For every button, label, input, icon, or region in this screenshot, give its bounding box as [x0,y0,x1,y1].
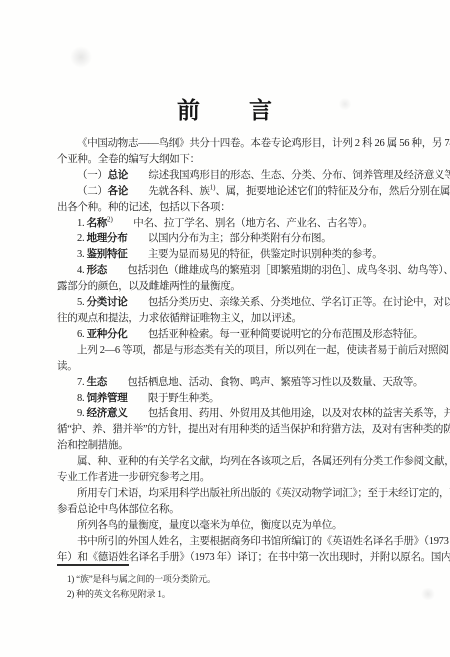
body-text-line: 2. 地理分布 以国内分布为主；部分种类附有分布图。 [57,231,397,247]
body-text-line: 8. 饲养管理 限于野生种类。 [57,391,397,407]
footnote-line: 2) 种的英文名称见附录 1。 [57,587,397,602]
body-text-line: 个亚种。全卷的编写大纲如下： [57,152,397,168]
body-text-line: （二）各论 先就各科、族1)、属，扼要地论述它们的特征及分布，然后分别在属下列 [57,184,397,200]
scanned-preface-page: 前 言 《中国动物志——鸟纲》共分十四卷。本卷专论鸡形目，计列 2 科 26 属… [0,0,450,657]
body-text-line: 上列 2—6 等项，都是与形态类有关的项目，所以列在一起，使读者易于前后对照阅 [57,343,397,359]
body-text-line: 循“护、养、猎并举”的方针，提出对有用种类的适当保护和狩猎方法，及对有害种类的防 [57,422,397,438]
body-text-line: 往的观点和提法，力求依循辩证唯物主义，加以评述。 [57,311,397,327]
body-text-line: 《中国动物志——鸟纲》共分十四卷。本卷专论鸡形目，计列 2 科 26 属 56 … [57,136,397,152]
body-text-line: 露部分的颜色，以及雌雄两性的量衡度。 [57,279,397,295]
body-text-line: （一）总论 综述我国鸡形目的形态、生态、分类、分布、饲养管理及经济意义等。 [57,168,397,184]
body-text-line: 读。 [57,359,397,375]
body-text-line: 所用专门术语，均采用科学出版社所出版的《英汉动物学词汇》；至于未经订定的，可 [57,486,397,502]
body-text-line: 7. 生态 包括栖息地、活动、食物、鸣声、繁殖等习性以及数量、天敌等。 [57,375,397,391]
body-text-line: 书中所引的外国人姓名，主要根据商务印书馆所编订的《英语姓名译名手册》（1973 [57,534,397,550]
page-title: 前 言 [0,92,450,125]
body-text-line: 4. 形态 包括羽色（雌雄成鸟的繁殖羽［即繁殖期的羽色］、成鸟冬羽、幼鸟等）、裸 [57,263,397,279]
scan-artifact [70,46,92,68]
body-text-line: 6. 亚种分化 包括亚种检索。每一亚种简要说明它的分布范围及形态特征。 [57,327,397,343]
body-text-line: 属、种、亚种的有关学名文献，均列在各该项之后，各属还列有分类工作参阅文献，供 [57,454,397,470]
body-text-line: 参看总论中鸟体部位名称。 [57,502,397,518]
preface-body: 《中国动物志——鸟纲》共分十四卷。本卷专论鸡形目，计列 2 科 26 属 56 … [57,136,397,565]
footnotes-section: 1) “族”是科与属之间的一项分类阶元。2) 种的英文名称见附录 1。 [57,564,397,601]
body-text-line: 1. 名称2) 中名、拉丁学名、别名（地方名、产业名、古名等）。 [57,216,397,232]
body-text-line: 3. 鉴别特征 主要为显而易见的特征，供鉴定时识别种类的参考。 [57,247,397,263]
footnote-rule [57,564,129,566]
scan-artifact [420,588,436,600]
body-text-line: 治和控制措施。 [57,438,397,454]
body-text-line: 所列各鸟的量衡度，量度以毫米为单位，衡度以克为单位。 [57,518,397,534]
body-text-line: 5. 分类讨论 包括分类历史、亲缘关系、分类地位、学名订正等。在讨论中，对以 [57,295,397,311]
body-text-line: 出各个种。种的记述，包括以下各项： [57,200,397,216]
footnote-line: 1) “族”是科与属之间的一项分类阶元。 [57,572,397,587]
body-text-line: 专业工作者进一步研究参考之用。 [57,470,397,486]
body-text-line: 9. 经济意义 包括食用、药用、外贸用及其他用途，以及对农林的益害关系等，并依 [57,406,397,422]
footnote-lines: 1) “族”是科与属之间的一项分类阶元。2) 种的英文名称见附录 1。 [57,572,397,601]
